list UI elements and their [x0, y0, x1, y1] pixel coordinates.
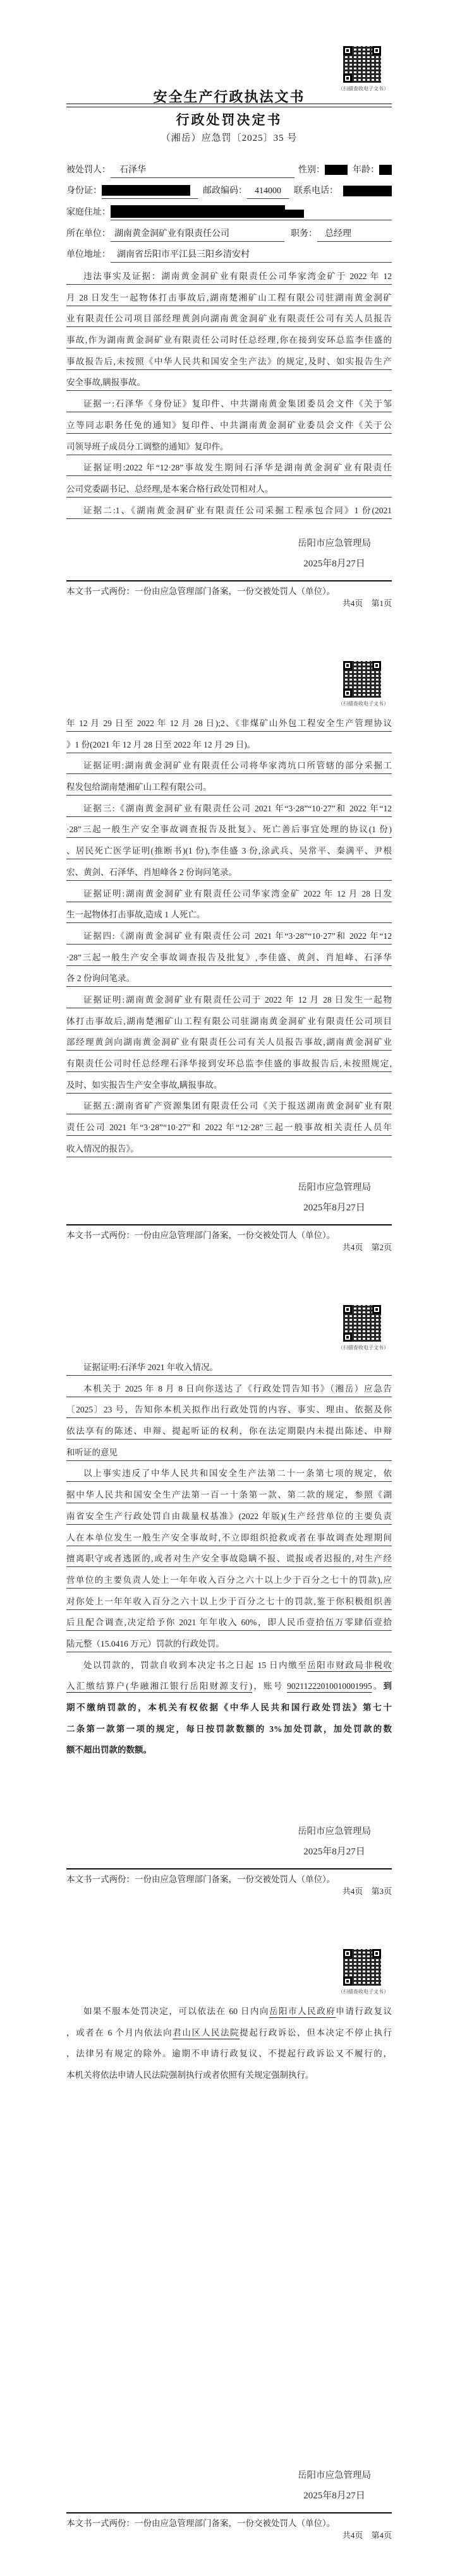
body-line: 有限责任公司时任总经理石泽华接到安环总监李佳盛的事故报告后,未按照规定,	[66, 1052, 392, 1074]
gender-label: 性别：	[298, 163, 325, 178]
body-line: 证据证明:湖南黄金洞矿业有限责任公司华家湾金矿 2022 年 12 月 28 日…	[66, 883, 392, 904]
footer-note: 本文书一式两份：一份由应急管理部门备案，一份交被处罚人（单位）。	[66, 2516, 392, 2529]
document-number: （湘岳）应急罚〔2025〕35 号	[66, 131, 392, 144]
id-value	[102, 185, 198, 199]
body-line: 司领导班子成员分工调整的通知》复印件。	[66, 436, 392, 457]
body-line: 违法事实及证据：湖南黄金洞矿业有限责任公司华家湾金矿于 2022 年 12	[66, 265, 392, 287]
body-line-segment: 如果不服本处罚决定，可以依法在 60 日内向	[83, 2007, 269, 2016]
body-line: 月 28 日发生一起物体打击事故后,湖南楚湘矿山工程有限公司驻湖南黄金洞矿	[66, 287, 392, 308]
issue-date: 2025年8月27日	[298, 1200, 371, 1213]
body-line: 事故,作为湖南黄金洞矿业有限责任公司时任总经理,你在接到安环总监李佳盛的	[66, 329, 392, 350]
body-line: 证据二:1、《湖南黄金洞矿业有限责任公司采掘工程承包合同》1 份(2021	[66, 499, 392, 521]
unit-value: 湖南黄金洞矿业有限责任公司	[111, 227, 284, 242]
duty-label: 职务：	[291, 227, 317, 242]
body-line: 依法享有的陈述、申辩、提起听证的权利，你在法定期限内未提出陈述、申辩	[66, 1420, 392, 1441]
body-line: 部经理黄剑向湖南黄金洞矿业有限责任公司有关人员报告事故,湖南黄金洞矿业	[66, 1031, 392, 1052]
page-1: （扫描查收电子文书） 安全生产行政执法文书 行政处罚决定书 （湘岳）应急罚〔20…	[0, 0, 455, 644]
pages-total: 共4页	[343, 1887, 363, 1896]
footer-note: 本文书一式两份：一份由应急管理部门备案，一份交被处罚人（单位）。	[66, 584, 392, 597]
signature-block: 岳阳市应急管理局 2025年8月27日	[298, 1824, 371, 1857]
page-number: 共4页 第3页	[336, 1885, 392, 1897]
qr-caption: （扫描查收电子文书）	[316, 1344, 411, 1351]
body-line: 立等同志职务任免的通知》复印件、中共湖南黄金洞矿业委员会文件《关于公	[66, 414, 392, 436]
body-line: 后且配合调查,决定给予你 2021 年年收入 60%，即人民币壹拾伍万零肆佰壹拾	[66, 1611, 392, 1633]
body-line-segment: 处以罚款的，罚款自收到本决定书之日起 15 日内缴至	[83, 1661, 307, 1670]
body-line: 〔2025〕23 号，告知你本机关拟作出行政处罚的内容、事实、理由、依据及你	[66, 1398, 392, 1420]
footer-rule	[66, 580, 392, 581]
phone-label: 联系电话：	[294, 184, 338, 199]
issue-date: 2025年8月27日	[298, 1844, 371, 1857]
person-label: 被处罚人：	[66, 163, 111, 178]
redacted-phone	[343, 186, 392, 196]
field-row-person: 被处罚人： 石泽华 性别： 年龄：	[66, 157, 392, 178]
body-line: 及时、如实报告生产安全事故,瞒报事故。	[66, 1074, 392, 1095]
redacted-id	[102, 185, 190, 196]
qr-code-icon	[343, 46, 381, 83]
body-line: 额不超出罚款的数额。	[66, 1739, 392, 1760]
id-label: 身份证：	[66, 184, 102, 199]
body-line: 证据证明:湖南黄金洞矿业有限责任公司将华家湾坑口所管辖的部分采掘工	[66, 754, 392, 776]
issuing-agency: 岳阳市应急管理局	[298, 1180, 371, 1193]
body-line: ·28”三起一般生产安全事故调查报告及批复》、死亡善后事宜处理的协议(1 份)	[66, 818, 392, 840]
document-title: 行政处罚决定书	[66, 110, 392, 129]
body-line-segment: ，账号	[252, 1681, 287, 1691]
pages-total: 共4页	[343, 599, 363, 608]
body-line-segment: 岳阳市人民政府	[269, 2007, 336, 2016]
party-fields: 被处罚人： 石泽华 性别： 年龄： 身份证： 邮政编码： 414000 联系电话…	[66, 157, 392, 263]
pages-total: 共4页	[343, 1243, 363, 1252]
body-line: ，法律另有规定的除外。逾期不申请行政复议、不提起行政诉讼又不履行的，	[66, 2042, 392, 2064]
body-line: 证据四:《湖南黄金洞矿业有限责任公司 2021 年“3·28”“10·27”和 …	[66, 925, 392, 946]
pages-total: 共4页	[343, 2531, 363, 2540]
qr-caption: （扫描查收电子文书）	[316, 1988, 411, 1995]
body-line: 人在本单位发生一般生产安全事故时,不立即组织抢救或者在事故调查处理期间	[66, 1527, 392, 1548]
body-line: 程发包给湖南楚湘矿山工程有限公司。	[66, 776, 392, 797]
body-line-segment: 君山区人民法院	[173, 2028, 240, 2037]
person-value: 石泽华	[111, 163, 294, 178]
signature-block: 岳阳市应急管理局 2025年8月27日	[298, 1180, 371, 1213]
body-line: 证据证明:湖南黄金洞矿业有限责任公司于 2022 年 12 月 28 日发生一起…	[66, 989, 392, 1010]
body-line: 证据证明:2022 年“12·28”事故发生期间石泽华是湖南黄金洞矿业有限责任	[66, 456, 392, 478]
page-number: 共4页 第1页	[336, 597, 392, 609]
qr-code-icon	[343, 661, 381, 698]
body-line: 体打击事故后,湖南楚湘矿山工程有限公司驻湖南黄金洞矿业有限责任公司项目	[66, 1010, 392, 1032]
body-line-segment: 岳阳市财政局非税收	[307, 1661, 392, 1670]
unit-address-label: 单位地址：	[66, 247, 111, 263]
body-line: 如果不服本处罚决定，可以依法在 60 日内向岳阳市人民政府申请行政复议	[66, 2000, 392, 2022]
postcode-value: 414000	[247, 186, 289, 199]
footer-rule	[66, 2512, 392, 2513]
issuing-agency: 岳阳市应急管理局	[298, 536, 371, 549]
body-line: 陆元整（15.0416 万元）罚款的行政处罚。	[66, 1633, 392, 1654]
body-line-segment: 。	[372, 1681, 384, 1691]
qr-code-icon	[343, 1305, 381, 1342]
body-line-segment: 到	[384, 1681, 392, 1691]
document: { "qr_caption": "（扫描查收电子文书）", "header": …	[0, 0, 455, 2576]
body-line: 、居民死亡医学证明(推断书)(1 份),李佳盛 3 份,涂武兵、吴常平、秦满平、…	[66, 840, 392, 861]
footer-rule	[66, 1224, 392, 1225]
body-line-segment: 提起行政诉讼，但本决定不停止执行	[240, 2028, 392, 2037]
footer-note: 本文书一式两份：一份由应急管理部门备案，一份交被处罚人（单位）。	[66, 1872, 392, 1885]
issuing-agency: 岳阳市应急管理局	[298, 2468, 371, 2481]
page-current: 第1页	[371, 599, 392, 608]
body-line: 各 2 份询问笔录。	[66, 967, 392, 989]
body-line: 证据一:石泽华《身份证》复印件、中共湖南黄金集团委员会文件《关于邹	[66, 393, 392, 414]
footer-note: 本文书一式两份：一份由应急管理部门备案，一份交被处罚人（单位）。	[66, 1228, 392, 1241]
body-line-segment: 申请行政复议	[336, 2007, 392, 2016]
body-line: 证据三:《湖南黄金洞矿业有限责任公司 2021 年“3·28”“10·27”和 …	[66, 797, 392, 819]
page-2: （扫描查收电子文书） 年 12 月 29 日至 2022 年 12 月 28 日…	[0, 644, 455, 1288]
body-line: 处以罚款的，罚款自收到本决定书之日起 15 日内缴至岳阳市财政局非税收	[66, 1654, 392, 1676]
home-value	[111, 205, 392, 220]
page-current: 第4页	[371, 2531, 392, 2540]
body-line: 责任公司 2021 年“3·28”“10·27”和 2022 年“12·28”三…	[66, 1116, 392, 1138]
redacted-home-address-2	[285, 210, 304, 218]
issue-date: 2025年8月27日	[298, 556, 371, 569]
redacted-age	[379, 165, 392, 175]
page-current: 第3页	[371, 1887, 392, 1896]
body-line-segment: ，或者在 6 个月内依法向	[66, 2028, 173, 2037]
body-line: 以上事实违反了中华人民共和国安全生产法第二十一条第七项的规定，依	[66, 1462, 392, 1484]
body-line: 公司党委副书记、总经理,是本案合格行政处罚相对人。	[66, 478, 392, 499]
field-row-unit: 所在单位： 湖南黄金洞矿业有限责任公司 职务： 总经理	[66, 220, 392, 242]
home-label: 家庭住址：	[66, 205, 111, 220]
page-current: 第2页	[371, 1243, 392, 1252]
page-3-body: 证据证明:石泽华 2021 年收入情况。本机关于 2025 年 8 月 8 日向…	[66, 1356, 392, 1760]
page-3: （扫描查收电子文书） 证据证明:石泽华 2021 年收入情况。本机关于 2025…	[0, 1288, 455, 1932]
body-line: 年 12 月 29 日至 2022 年 12 月 28 日);2、《非煤矿山外包…	[66, 712, 392, 734]
postcode-label: 邮政编码：	[203, 184, 247, 199]
field-row-home: 家庭住址：	[66, 199, 392, 220]
body-line: 和听证的意见	[66, 1441, 392, 1463]
redacted-home-address	[111, 205, 285, 218]
redacted-gender	[325, 165, 348, 175]
signature-block: 岳阳市应急管理局 2025年8月27日	[298, 2468, 371, 2501]
body-line: 业有限责任公司项目部经理黄剑向湖南黄金洞矿业有限责任公司有关人员报告	[66, 307, 392, 329]
signature-block: 岳阳市应急管理局 2025年8月27日	[298, 536, 371, 569]
body-line: 事故报告后,未按照《中华人民共和国安全生产法》的规定,及时、如实报告生产	[66, 350, 392, 372]
qr-code-icon	[343, 1949, 381, 1986]
body-line: 擅离职守或者逃匿的,或者对生产安全事故隐瞒不报、谎报或者迟报的,对生产经	[66, 1547, 392, 1569]
page-1-body: 违法事实及证据：湖南黄金洞矿业有限责任公司华家湾金矿于 2022 年 12月 2…	[66, 265, 392, 520]
body-line: 本机关于 2025 年 8 月 8 日向你送达了《行政处罚告知书》（湘岳）应急告	[66, 1378, 392, 1399]
body-line: 安全事故,瞒报事故。	[66, 371, 392, 393]
field-row-id: 身份证： 邮政编码： 414000 联系电话：	[66, 178, 392, 200]
page-4: （扫描查收电子文书） 如果不服本处罚决定，可以依法在 60 日内向岳阳市人民政府…	[0, 1932, 455, 2576]
body-line: ，或者在 6 个月内依法向君山区人民法院提起行政诉讼，但本决定不停止执行	[66, 2022, 392, 2043]
body-line: 对你处上一年年收入百分之六十以上少于百分之七十的罚款,鉴于你积极组织善	[66, 1590, 392, 1612]
footer-rule	[66, 1868, 392, 1869]
body-line-segment: 入汇缴结算户(华融湘江银行岳阳财源支行)	[66, 1681, 252, 1691]
body-line: 入汇缴结算户(华融湘江银行岳阳财源支行)，账号 9021122201001000…	[66, 1675, 392, 1696]
body-line: 收入情况的报告》。	[66, 1138, 392, 1159]
page-2-body: 年 12 月 29 日至 2022 年 12 月 28 日);2、《非煤矿山外包…	[66, 712, 392, 1159]
body-line: 本机关将依法申请人民法院强制执行或者依照有关规定强制执行。	[66, 2064, 392, 2085]
body-line: 》1 份(2021 年 12 月 28 日至 2022 年 12 月 29 日)…	[66, 734, 392, 755]
age-label: 年龄：	[353, 163, 379, 178]
body-line: 二条第一款第一项的规定，每日按罚款数额的 3%加处罚款，加处罚款的数	[66, 1718, 392, 1739]
body-line: 宏、黄剑、石泽华、肖旭峰各 2 份询问笔录。	[66, 861, 392, 883]
body-line: 据中华人民共和国安全生产法第一百一十条第一款、第二款的规定，参照《湖	[66, 1484, 392, 1505]
body-line: ·28”三起一般生产安全事故调查报告及批复》,李佳盛、黄剑、肖旭峰、石泽华	[66, 946, 392, 968]
body-line: 证据证明:石泽华 2021 年收入情况。	[66, 1356, 392, 1378]
field-row-unit-address: 单位地址： 湖南省岳阳市平江县三阳乡清安村	[66, 242, 392, 263]
page-number: 共4页 第2页	[336, 1241, 392, 1253]
body-line: 营单位的主要负责人处上一年年收入百分之六十以上少于百分之七十的罚款),应	[66, 1569, 392, 1590]
unit-label: 所在单位：	[66, 227, 111, 242]
issue-date: 2025年8月27日	[298, 2488, 371, 2501]
body-line: 证据五:湖南省矿产资源集团有限责任公司《关于报送湖南黄金洞矿业有限	[66, 1095, 392, 1116]
unit-address-value: 湖南省岳阳市平江县三阳乡清安村	[111, 247, 392, 263]
issuing-agency: 岳阳市应急管理局	[298, 1824, 371, 1837]
qr-caption: （扫描查收电子文书）	[316, 700, 411, 707]
body-line: 南省安全生产行政处罚自由裁量权基准》(2022 年版)(生产经营单位的主要负责	[66, 1505, 392, 1527]
double-rule	[66, 104, 392, 107]
body-line: 期不缴纳罚款的，本机关有权依据《中华人民共和国行政处罚法》第七十	[66, 1696, 392, 1718]
body-line-segment: 90211222010010001995	[287, 1681, 372, 1691]
page-4-body: 如果不服本处罚决定，可以依法在 60 日内向岳阳市人民政府申请行政复议，或者在 …	[66, 2000, 392, 2085]
page-number: 共4页 第4页	[336, 2529, 392, 2541]
body-line: 生一起物体打击事故,造成 1 人死亡。	[66, 903, 392, 925]
duty-value: 总经理	[317, 227, 392, 242]
